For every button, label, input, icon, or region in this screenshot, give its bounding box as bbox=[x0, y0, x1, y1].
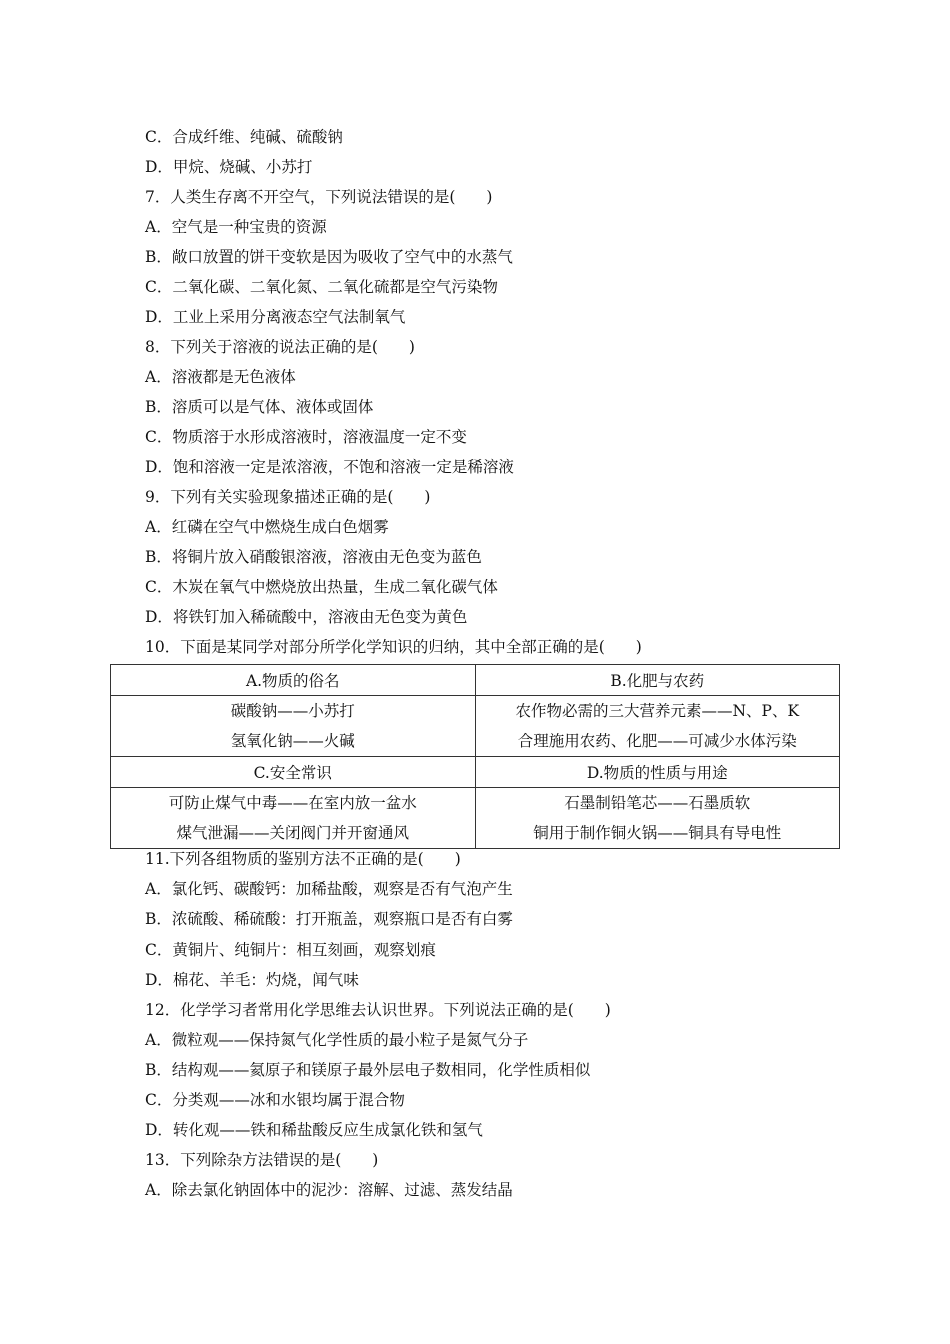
question-12: 12．化学学习者常用化学思维去认识世界。下列说法正确的是( ) bbox=[145, 1000, 611, 1020]
question-11: 11.下列各组物质的鉴别方法不正确的是( ) bbox=[145, 849, 461, 869]
option-b-q7: B．敞口放置的饼干变软是因为吸收了空气中的水蒸气 bbox=[145, 247, 513, 267]
table-header-b: B.化肥与农药 bbox=[475, 665, 840, 696]
option-a-q9: A．红磷在空气中燃烧生成白色烟雾 bbox=[145, 517, 389, 537]
option-a-q11: A．氯化钙、碳酸钙：加稀盐酸，观察是否有气泡产生 bbox=[145, 879, 513, 899]
option-a-q7: A．空气是一种宝贵的资源 bbox=[145, 217, 327, 237]
option-c-q6: C．合成纤维、纯碱、硫酸钠 bbox=[145, 127, 343, 147]
option-d-q12: D．转化观——铁和稀盐酸反应生成氯化铁和氢气 bbox=[145, 1120, 483, 1140]
table-cell-d: 石墨制铅笔芯——石墨质软 铜用于制作铜火锅——铜具有导电性 bbox=[475, 788, 840, 849]
table-header-a: A.物质的俗名 bbox=[111, 665, 476, 696]
table-item: 煤气泄漏——关闭阀门并开窗通风 bbox=[111, 818, 475, 848]
option-a-q13: A．除去氯化钠固体中的泥沙：溶解、过滤、蒸发结晶 bbox=[145, 1180, 513, 1200]
table-item: 合理施用农药、化肥——可减少水体污染 bbox=[476, 726, 840, 756]
table-item: 石墨制铅笔芯——石墨质软 bbox=[476, 788, 840, 818]
question-8: 8．下列关于溶液的说法正确的是( ) bbox=[145, 337, 415, 357]
option-b-q9: B．将铜片放入硝酸银溶液，溶液由无色变为蓝色 bbox=[145, 547, 482, 567]
table-item: 铜用于制作铜火锅——铜具有导电性 bbox=[476, 818, 840, 848]
option-d-q9: D．将铁钉加入稀硫酸中，溶液由无色变为黄色 bbox=[145, 607, 467, 627]
table-item: 碳酸钠——小苏打 bbox=[111, 696, 475, 726]
option-d-q7: D．工业上采用分离液态空气法制氧气 bbox=[145, 307, 405, 327]
option-b-q8: B．溶质可以是气体、液体或固体 bbox=[145, 397, 373, 417]
option-a-q8: A．溶液都是无色液体 bbox=[145, 367, 296, 387]
table-header-d: D.物质的性质与用途 bbox=[475, 757, 840, 788]
table-header-c: C.安全常识 bbox=[111, 757, 476, 788]
table-item: 氢氧化钠——火碱 bbox=[111, 726, 475, 756]
option-d-q8: D．饱和溶液一定是浓溶液，不饱和溶液一定是稀溶液 bbox=[145, 457, 514, 477]
table-cell-c: 可防止煤气中毒——在室内放一盆水 煤气泄漏——关闭阀门并开窗通风 bbox=[111, 788, 476, 849]
option-c-q7: C．二氧化碳、二氧化氮、二氧化硫都是空气污染物 bbox=[145, 277, 498, 297]
knowledge-table: A.物质的俗名 B.化肥与农药 碳酸钠——小苏打 氢氧化钠——火碱 农作物必需的… bbox=[110, 664, 840, 849]
table-cell-a: 碳酸钠——小苏打 氢氧化钠——火碱 bbox=[111, 696, 476, 757]
option-c-q12: C．分类观——冰和水银均属于混合物 bbox=[145, 1090, 405, 1110]
option-d-q6: D．甲烷、烧碱、小苏打 bbox=[145, 157, 312, 177]
question-9: 9．下列有关实验现象描述正确的是( ) bbox=[145, 487, 430, 507]
option-c-q8: C．物质溶于水形成溶液时，溶液温度一定不变 bbox=[145, 427, 467, 447]
option-a-q12: A．微粒观——保持氮气化学性质的最小粒子是氮气分子 bbox=[145, 1030, 528, 1050]
option-d-q11: D．棉花、羊毛：灼烧，闻气味 bbox=[145, 970, 359, 990]
table-item: 可防止煤气中毒——在室内放一盆水 bbox=[111, 788, 475, 818]
table-cell-b: 农作物必需的三大营养元素——N、P、K 合理施用农药、化肥——可减少水体污染 bbox=[475, 696, 840, 757]
question-10: 10．下面是某同学对部分所学化学知识的归纳，其中全部正确的是( ) bbox=[145, 637, 642, 657]
table-item: 农作物必需的三大营养元素——N、P、K bbox=[476, 696, 840, 726]
question-7: 7．人类生存离不开空气，下列说法错误的是( ) bbox=[145, 187, 492, 207]
option-b-q11: B．浓硫酸、稀硫酸：打开瓶盖，观察瓶口是否有白雾 bbox=[145, 909, 513, 929]
question-13: 13．下列除杂方法错误的是( ) bbox=[145, 1150, 378, 1170]
option-b-q12: B．结构观——氦原子和镁原子最外层电子数相同，化学性质相似 bbox=[145, 1060, 590, 1080]
option-c-q11: C．黄铜片、纯铜片：相互刻画，观察划痕 bbox=[145, 940, 436, 960]
option-c-q9: C．木炭在氧气中燃烧放出热量，生成二氧化碳气体 bbox=[145, 577, 498, 597]
